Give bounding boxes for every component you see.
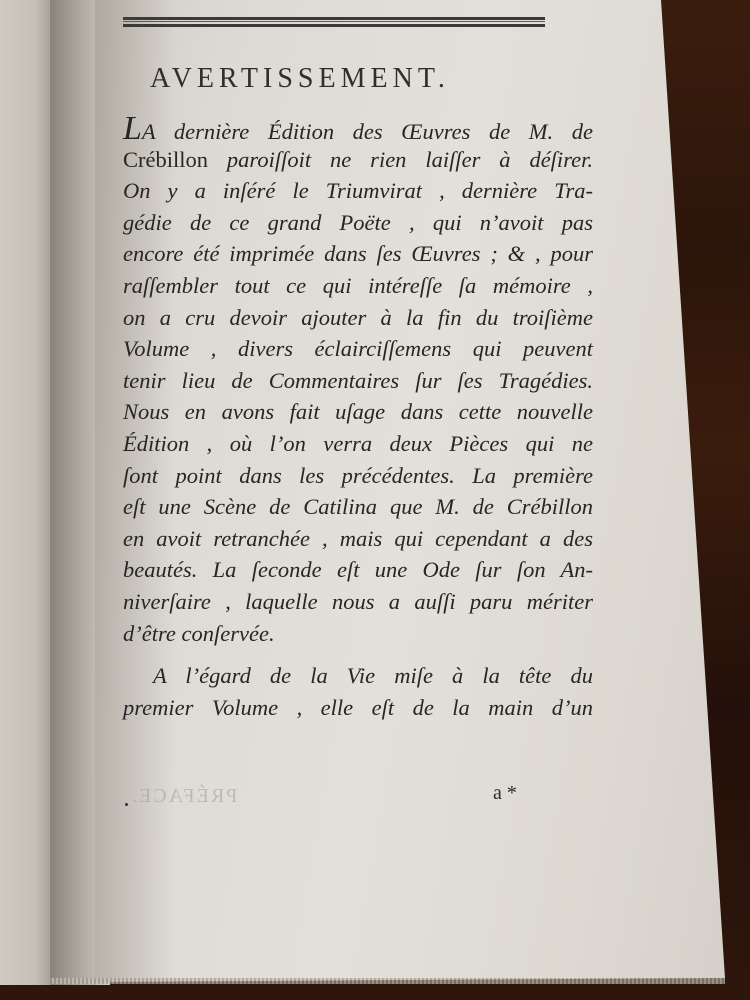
text-line: ſont point dans les précédentes. La prem… bbox=[123, 460, 593, 492]
text-line: tenir lieu de Commentaires ſur ſes Tragé… bbox=[123, 365, 593, 397]
text-line: premier Volume , elle eſt de la main d’u… bbox=[123, 692, 593, 724]
text-line: LA dernière Édition des Œuvres de M. de bbox=[123, 112, 593, 144]
text-line: Nous en avons fait uſage dans cette nouv… bbox=[123, 396, 593, 428]
header-double-rule bbox=[123, 17, 545, 27]
text-line: A l’égard de la Vie miſe à la tête du bbox=[123, 660, 593, 692]
text-line: Édition , où l’on verra deux Pièces qui … bbox=[123, 428, 593, 460]
paragraph-1: LA dernière Édition des Œuvres de M. de … bbox=[123, 112, 593, 649]
paragraph-gap bbox=[123, 649, 593, 660]
text-line: en avoit retranchée , mais qui cependant… bbox=[123, 523, 593, 555]
bleed-through-text: PRÉFACE. bbox=[130, 785, 237, 808]
text-line: encore été imprimée dans ſes Œuvres ; & … bbox=[123, 238, 593, 270]
text-line: eſt une Scène de Catilina que M. de Créb… bbox=[123, 491, 593, 523]
signature-mark: a * bbox=[493, 782, 517, 805]
page-title: AVERTISSEMENT. bbox=[150, 63, 550, 95]
text-line: Volume , divers éclairciſſemens qui peuv… bbox=[123, 333, 593, 365]
text-line: Crébillon paroiſſoit ne rien laiſſer à d… bbox=[123, 144, 593, 176]
text-line: raſſembler tout ce qui intéreſſe ſa mémo… bbox=[123, 270, 593, 302]
text-line: on a cru devoir ajouter à la fin du troi… bbox=[123, 302, 593, 334]
left-page-leaf bbox=[0, 0, 51, 985]
ink-speck bbox=[125, 803, 128, 806]
drop-cap: L bbox=[123, 110, 142, 147]
body-text: LA dernière Édition des Œuvres de M. de … bbox=[123, 112, 593, 723]
paragraph-2: A l’égard de la Vie miſe à la tête du pr… bbox=[123, 660, 593, 723]
text-line: On y a inſéré le Triumvirat , dernière T… bbox=[123, 175, 593, 207]
text-line: niverſaire , laquelle nous a auſſi paru … bbox=[123, 586, 593, 618]
page-edges bbox=[50, 978, 725, 984]
text-line: beautés. La ſeconde eſt une Ode ſur ſon … bbox=[123, 554, 593, 586]
text-line: gédie de ce grand Poëte , qui n’avoit pa… bbox=[123, 207, 593, 239]
text-line: d’être conſervée. bbox=[123, 618, 593, 650]
